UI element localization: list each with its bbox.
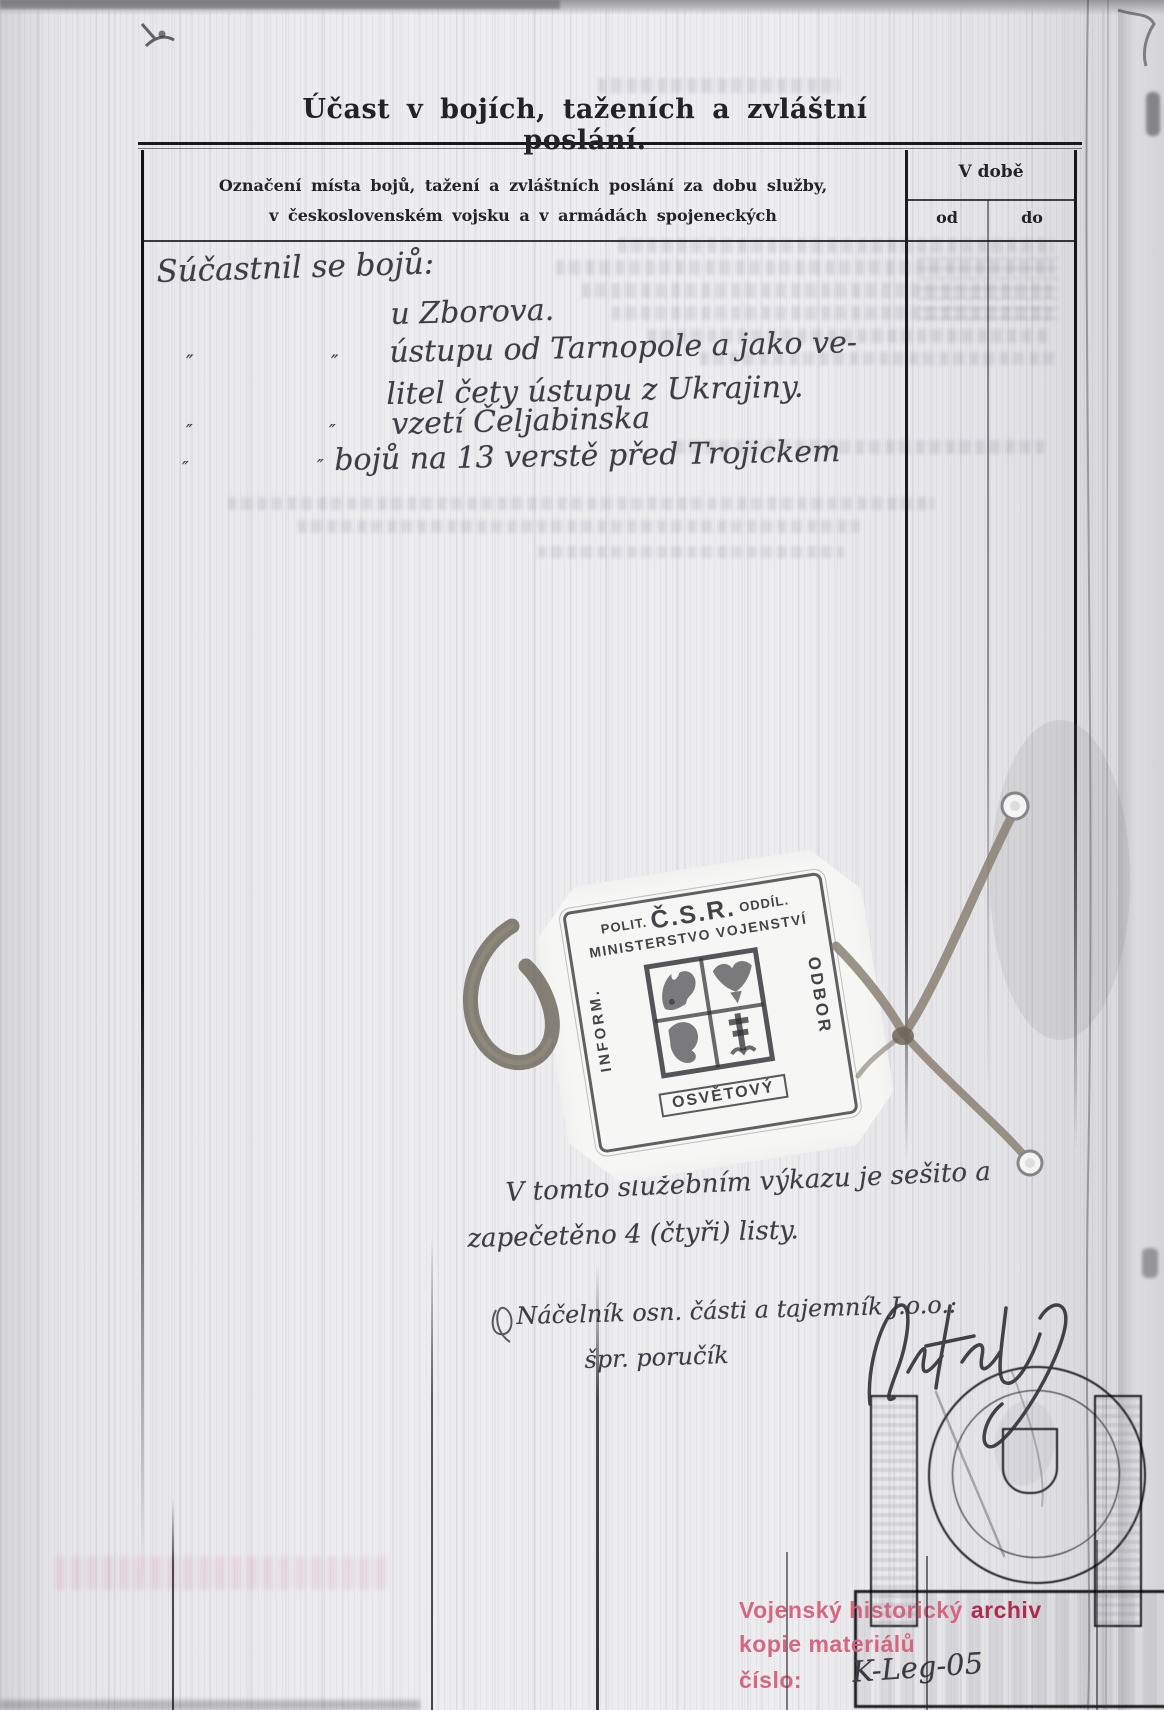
- ditto-mark: ″: [329, 421, 336, 442]
- table-header-line2: v československém vojsku a v armádách sp…: [150, 206, 896, 225]
- table-column-separator: [905, 150, 908, 1160]
- bleedthrough-line: [538, 546, 844, 558]
- bleedthrough-line: [228, 497, 934, 510]
- seal-tag: POLIT. Č.S.R. ODDÍL. MINISTERSTVO VOJENS…: [529, 842, 902, 1190]
- corner-marks: [142, 10, 1154, 66]
- table-od-do-separator: [987, 200, 989, 1090]
- ditto-mark: ″: [182, 458, 189, 479]
- archive-stamp-number-label: číslo:: [739, 1667, 802, 1694]
- stamp-inform-label: INFORM.: [585, 987, 615, 1073]
- ditto-mark: ″: [317, 456, 324, 477]
- coat-of-arms: [641, 944, 776, 1081]
- twine-knot: [892, 1027, 914, 1045]
- scanned-document-page: Účast v bojích, taženích a zvláštní posl…: [0, 0, 1164, 1710]
- archive-stamp-line1-regular: Vojenský historický: [739, 1597, 963, 1623]
- table-period-underline: [905, 199, 1077, 201]
- closing-note-line1: V tomto služebním výkazu je sešito a: [505, 1157, 991, 1208]
- edge-smudge: [1142, 1248, 1158, 1278]
- table-left-border: [141, 150, 144, 1580]
- edge-smudge: [1146, 92, 1160, 136]
- stamp-odbor-label: ODBOR: [803, 955, 835, 1035]
- stamp-polit-label: POLIT.: [600, 915, 648, 937]
- scan-fold-line: [926, 1556, 928, 1710]
- scan-fold-line: [172, 1500, 174, 1710]
- bleedthrough-line: [598, 78, 840, 93]
- closing-note-line3: Náčelník osn. části a tajemník J.o.o.:: [516, 1290, 957, 1330]
- closing-note-line2: zapečetěno 4 (čtyři) listy.: [467, 1215, 799, 1254]
- rubber-stamp: POLIT. Č.S.R. ODDÍL. MINISTERSTVO VOJENS…: [562, 872, 859, 1154]
- paper-shading: [990, 720, 1130, 1040]
- binding-eyelets: [1002, 793, 1042, 1175]
- entry-row: bojů na 13 verstě před Trojickem: [334, 434, 841, 478]
- table-header-period: V době: [906, 162, 1076, 182]
- scan-fold-line: [431, 1236, 433, 1710]
- archive-stamp-line1: Vojenský historickýarchiv: [739, 1597, 1042, 1624]
- note-flourish: [493, 1308, 512, 1342]
- stamp-oddil-label: ODDÍL.: [738, 892, 790, 915]
- table-header-from: od: [906, 208, 988, 227]
- embossed-shield: [1002, 1428, 1058, 1494]
- entry-row: u Zborova.: [390, 293, 555, 332]
- scan-fold-line: [1096, 1540, 1098, 1710]
- bleedthrough-line: [298, 520, 860, 533]
- ditto-mark: ″: [186, 421, 193, 442]
- scan-top-band-dark: [0, 0, 560, 9]
- closing-note-line4: špr. poručík: [584, 1341, 729, 1374]
- entry-intro: Súčastnil se bojů:: [156, 245, 435, 290]
- entry-row: vzetí Čeljabinska: [391, 401, 651, 442]
- bleedthrough-red-faint: [55, 1556, 390, 1590]
- table-header-to: do: [988, 208, 1076, 227]
- page-title: Účast v bojích, taženích a zvláštní posl…: [285, 94, 885, 156]
- scan-bottom-shadow: [0, 1700, 420, 1710]
- scan-fold-line: [786, 1552, 788, 1710]
- ditto-mark: ″: [186, 350, 193, 374]
- scan-fold-line: [596, 1264, 599, 1710]
- table-right-border: [1074, 150, 1077, 1150]
- ditto-mark: ″: [331, 350, 338, 374]
- table-header-line1: Označení místa bojů, tažení a zvláštních…: [150, 176, 896, 195]
- table-header-underline: [141, 240, 1077, 242]
- archive-stamp-line1-bold: archiv: [971, 1597, 1042, 1623]
